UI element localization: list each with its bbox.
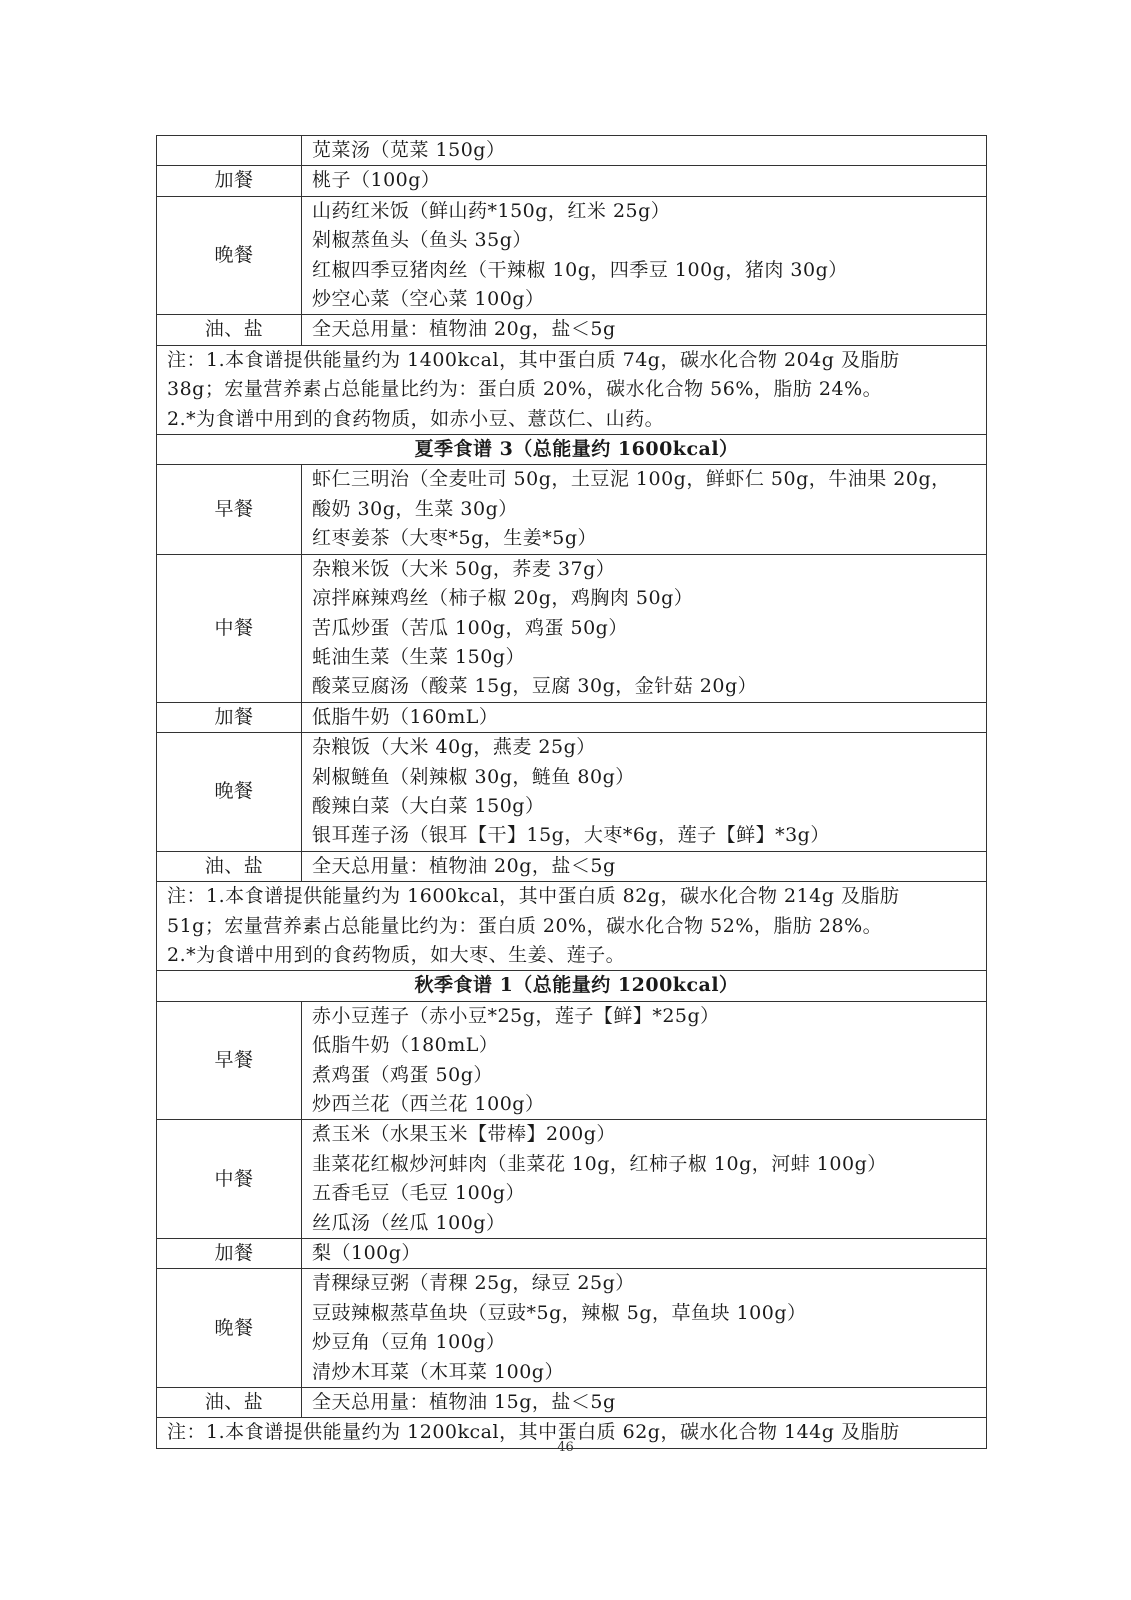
dish-item: 丝瓜汤（丝瓜 100g） bbox=[312, 1209, 986, 1238]
oil-salt-text: 全天总用量：植物油 15g，盐＜5g bbox=[302, 1388, 987, 1418]
dish-item: 桃子（100g） bbox=[312, 166, 986, 195]
dish-item: 清炒木耳菜（木耳菜 100g） bbox=[312, 1358, 986, 1387]
meal-items: 煮玉米（水果玉米【带棒】200g） 韭菜花红椒炒河蚌肉（韭菜花 10g，红柿子椒… bbox=[302, 1120, 987, 1239]
meal-label: 加餐 bbox=[157, 702, 302, 732]
meal-label: 中餐 bbox=[157, 554, 302, 702]
meal-items: 虾仁三明治（全麦吐司 50g，土豆泥 100g，鲜虾仁 50g，牛油果 20g，… bbox=[302, 465, 987, 554]
dish-item: 蚝油生菜（生菜 150g） bbox=[312, 643, 986, 672]
dish-item: 炒空心菜（空心菜 100g） bbox=[312, 285, 986, 314]
dish-item: 炒西兰花（西兰花 100g） bbox=[312, 1090, 986, 1119]
meal-items: 低脂牛奶（160mL） bbox=[302, 702, 987, 732]
meal-label: 油、盐 bbox=[157, 851, 302, 881]
table-row: 秋季食谱 1（总能量约 1200kcal） bbox=[157, 971, 987, 1001]
recipe-note: 注：1.本食谱提供能量约为 1600kcal，其中蛋白质 82g，碳水化合物 2… bbox=[157, 882, 987, 971]
meal-items: 山药红米饭（鲜山药*150g，红米 25g） 剁椒蒸鱼头（鱼头 35g） 红椒四… bbox=[302, 196, 987, 315]
table-row: 早餐 虾仁三明治（全麦吐司 50g，土豆泥 100g，鲜虾仁 50g，牛油果 2… bbox=[157, 465, 987, 554]
meal-label-empty bbox=[157, 136, 302, 166]
meal-items: 桃子（100g） bbox=[302, 166, 987, 196]
dish-item: 青稞绿豆粥（青稞 25g，绿豆 25g） bbox=[312, 1269, 986, 1298]
dish-item: 虾仁三明治（全麦吐司 50g，土豆泥 100g，鲜虾仁 50g，牛油果 20g， bbox=[312, 465, 986, 494]
dish-item: 低脂牛奶（180mL） bbox=[312, 1031, 986, 1060]
table-row: 注：1.本食谱提供能量约为 1400kcal，其中蛋白质 74g，碳水化合物 2… bbox=[157, 345, 987, 434]
meal-label: 早餐 bbox=[157, 1001, 302, 1120]
meal-items: 杂粮饭（大米 40g，燕麦 25g） 剁椒鲢鱼（剁辣椒 30g，鲢鱼 80g） … bbox=[302, 733, 987, 852]
meal-label: 中餐 bbox=[157, 1120, 302, 1239]
oil-salt-text: 全天总用量：植物油 20g，盐＜5g bbox=[302, 315, 987, 345]
oil-salt-text: 全天总用量：植物油 20g，盐＜5g bbox=[302, 851, 987, 881]
table-row: 晚餐 山药红米饭（鲜山药*150g，红米 25g） 剁椒蒸鱼头（鱼头 35g） … bbox=[157, 196, 987, 315]
dish-item: 剁椒蒸鱼头（鱼头 35g） bbox=[312, 226, 986, 255]
dish-item: 五香毛豆（毛豆 100g） bbox=[312, 1179, 986, 1208]
table-row: 晚餐 青稞绿豆粥（青稞 25g，绿豆 25g） 豆豉辣椒蒸草鱼块（豆豉*5g，辣… bbox=[157, 1269, 987, 1388]
meal-label: 晚餐 bbox=[157, 196, 302, 315]
document-page: 苋菜汤（苋菜 150g） 加餐 桃子（100g） 晚餐 山药红米饭（鲜山药*15… bbox=[0, 0, 1131, 1600]
dish-item: 剁椒鲢鱼（剁辣椒 30g，鲢鱼 80g） bbox=[312, 763, 986, 792]
table-row: 夏季食谱 3（总能量约 1600kcal） bbox=[157, 435, 987, 465]
dish-item: 银耳莲子汤（银耳【干】15g，大枣*6g，莲子【鲜】*3g） bbox=[312, 821, 986, 850]
dish-item: 赤小豆莲子（赤小豆*25g，莲子【鲜】*25g） bbox=[312, 1002, 986, 1031]
meal-label: 晚餐 bbox=[157, 733, 302, 852]
dish-item: 凉拌麻辣鸡丝（柿子椒 20g，鸡胸肉 50g） bbox=[312, 584, 986, 613]
table-row: 油、盐 全天总用量：植物油 15g，盐＜5g bbox=[157, 1388, 987, 1418]
table-row: 加餐 低脂牛奶（160mL） bbox=[157, 702, 987, 732]
table-row: 油、盐 全天总用量：植物油 20g，盐＜5g bbox=[157, 315, 987, 345]
dish-item: 低脂牛奶（160mL） bbox=[312, 703, 986, 732]
meal-items: 梨（100g） bbox=[302, 1239, 987, 1269]
dish-item: 煮玉米（水果玉米【带棒】200g） bbox=[312, 1120, 986, 1149]
dish-item: 韭菜花红椒炒河蚌肉（韭菜花 10g，红柿子椒 10g，河蚌 100g） bbox=[312, 1150, 986, 1179]
dish-item: 豆豉辣椒蒸草鱼块（豆豉*5g，辣椒 5g，草鱼块 100g） bbox=[312, 1299, 986, 1328]
dish-item: 山药红米饭（鲜山药*150g，红米 25g） bbox=[312, 197, 986, 226]
meal-label: 加餐 bbox=[157, 166, 302, 196]
section-title: 秋季食谱 1（总能量约 1200kcal） bbox=[157, 971, 987, 1001]
section-title: 夏季食谱 3（总能量约 1600kcal） bbox=[157, 435, 987, 465]
meal-items: 苋菜汤（苋菜 150g） bbox=[302, 136, 987, 166]
table-row: 注：1.本食谱提供能量约为 1600kcal，其中蛋白质 82g，碳水化合物 2… bbox=[157, 882, 987, 971]
meal-items: 青稞绿豆粥（青稞 25g，绿豆 25g） 豆豉辣椒蒸草鱼块（豆豉*5g，辣椒 5… bbox=[302, 1269, 987, 1388]
dish-item: 苋菜汤（苋菜 150g） bbox=[312, 136, 986, 165]
table-row: 中餐 煮玉米（水果玉米【带棒】200g） 韭菜花红椒炒河蚌肉（韭菜花 10g，红… bbox=[157, 1120, 987, 1239]
table-row: 早餐 赤小豆莲子（赤小豆*25g，莲子【鲜】*25g） 低脂牛奶（180mL） … bbox=[157, 1001, 987, 1120]
dish-item: 梨（100g） bbox=[312, 1239, 986, 1268]
table-row: 油、盐 全天总用量：植物油 20g，盐＜5g bbox=[157, 851, 987, 881]
recipe-note: 注：1.本食谱提供能量约为 1400kcal，其中蛋白质 74g，碳水化合物 2… bbox=[157, 345, 987, 434]
table-row: 中餐 杂粮米饭（大米 50g，荞麦 37g） 凉拌麻辣鸡丝（柿子椒 20g，鸡胸… bbox=[157, 554, 987, 702]
meal-label: 油、盐 bbox=[157, 1388, 302, 1418]
meal-label: 晚餐 bbox=[157, 1269, 302, 1388]
dish-item: 酸奶 30g，生菜 30g） bbox=[312, 495, 986, 524]
table-row: 晚餐 杂粮饭（大米 40g，燕麦 25g） 剁椒鲢鱼（剁辣椒 30g，鲢鱼 80… bbox=[157, 733, 987, 852]
dish-item: 杂粮米饭（大米 50g，荞麦 37g） bbox=[312, 555, 986, 584]
page-number: 46 bbox=[0, 1440, 1131, 1455]
recipe-table: 苋菜汤（苋菜 150g） 加餐 桃子（100g） 晚餐 山药红米饭（鲜山药*15… bbox=[156, 135, 987, 1449]
meal-label: 早餐 bbox=[157, 465, 302, 554]
meal-items: 杂粮米饭（大米 50g，荞麦 37g） 凉拌麻辣鸡丝（柿子椒 20g，鸡胸肉 5… bbox=[302, 554, 987, 702]
table-row: 加餐 桃子（100g） bbox=[157, 166, 987, 196]
dish-item: 红椒四季豆猪肉丝（干辣椒 10g，四季豆 100g，猪肉 30g） bbox=[312, 256, 986, 285]
dish-item: 苦瓜炒蛋（苦瓜 100g，鸡蛋 50g） bbox=[312, 614, 986, 643]
dish-item: 煮鸡蛋（鸡蛋 50g） bbox=[312, 1061, 986, 1090]
dish-item: 杂粮饭（大米 40g，燕麦 25g） bbox=[312, 733, 986, 762]
dish-item: 酸菜豆腐汤（酸菜 15g，豆腐 30g，金针菇 20g） bbox=[312, 672, 986, 701]
meal-label: 加餐 bbox=[157, 1239, 302, 1269]
table-row: 加餐 梨（100g） bbox=[157, 1239, 987, 1269]
meal-label: 油、盐 bbox=[157, 315, 302, 345]
meal-items: 赤小豆莲子（赤小豆*25g，莲子【鲜】*25g） 低脂牛奶（180mL） 煮鸡蛋… bbox=[302, 1001, 987, 1120]
dish-item: 酸辣白菜（大白菜 150g） bbox=[312, 792, 986, 821]
dish-item: 炒豆角（豆角 100g） bbox=[312, 1328, 986, 1357]
table-row: 苋菜汤（苋菜 150g） bbox=[157, 136, 987, 166]
dish-item: 红枣姜茶（大枣*5g，生姜*5g） bbox=[312, 524, 986, 553]
